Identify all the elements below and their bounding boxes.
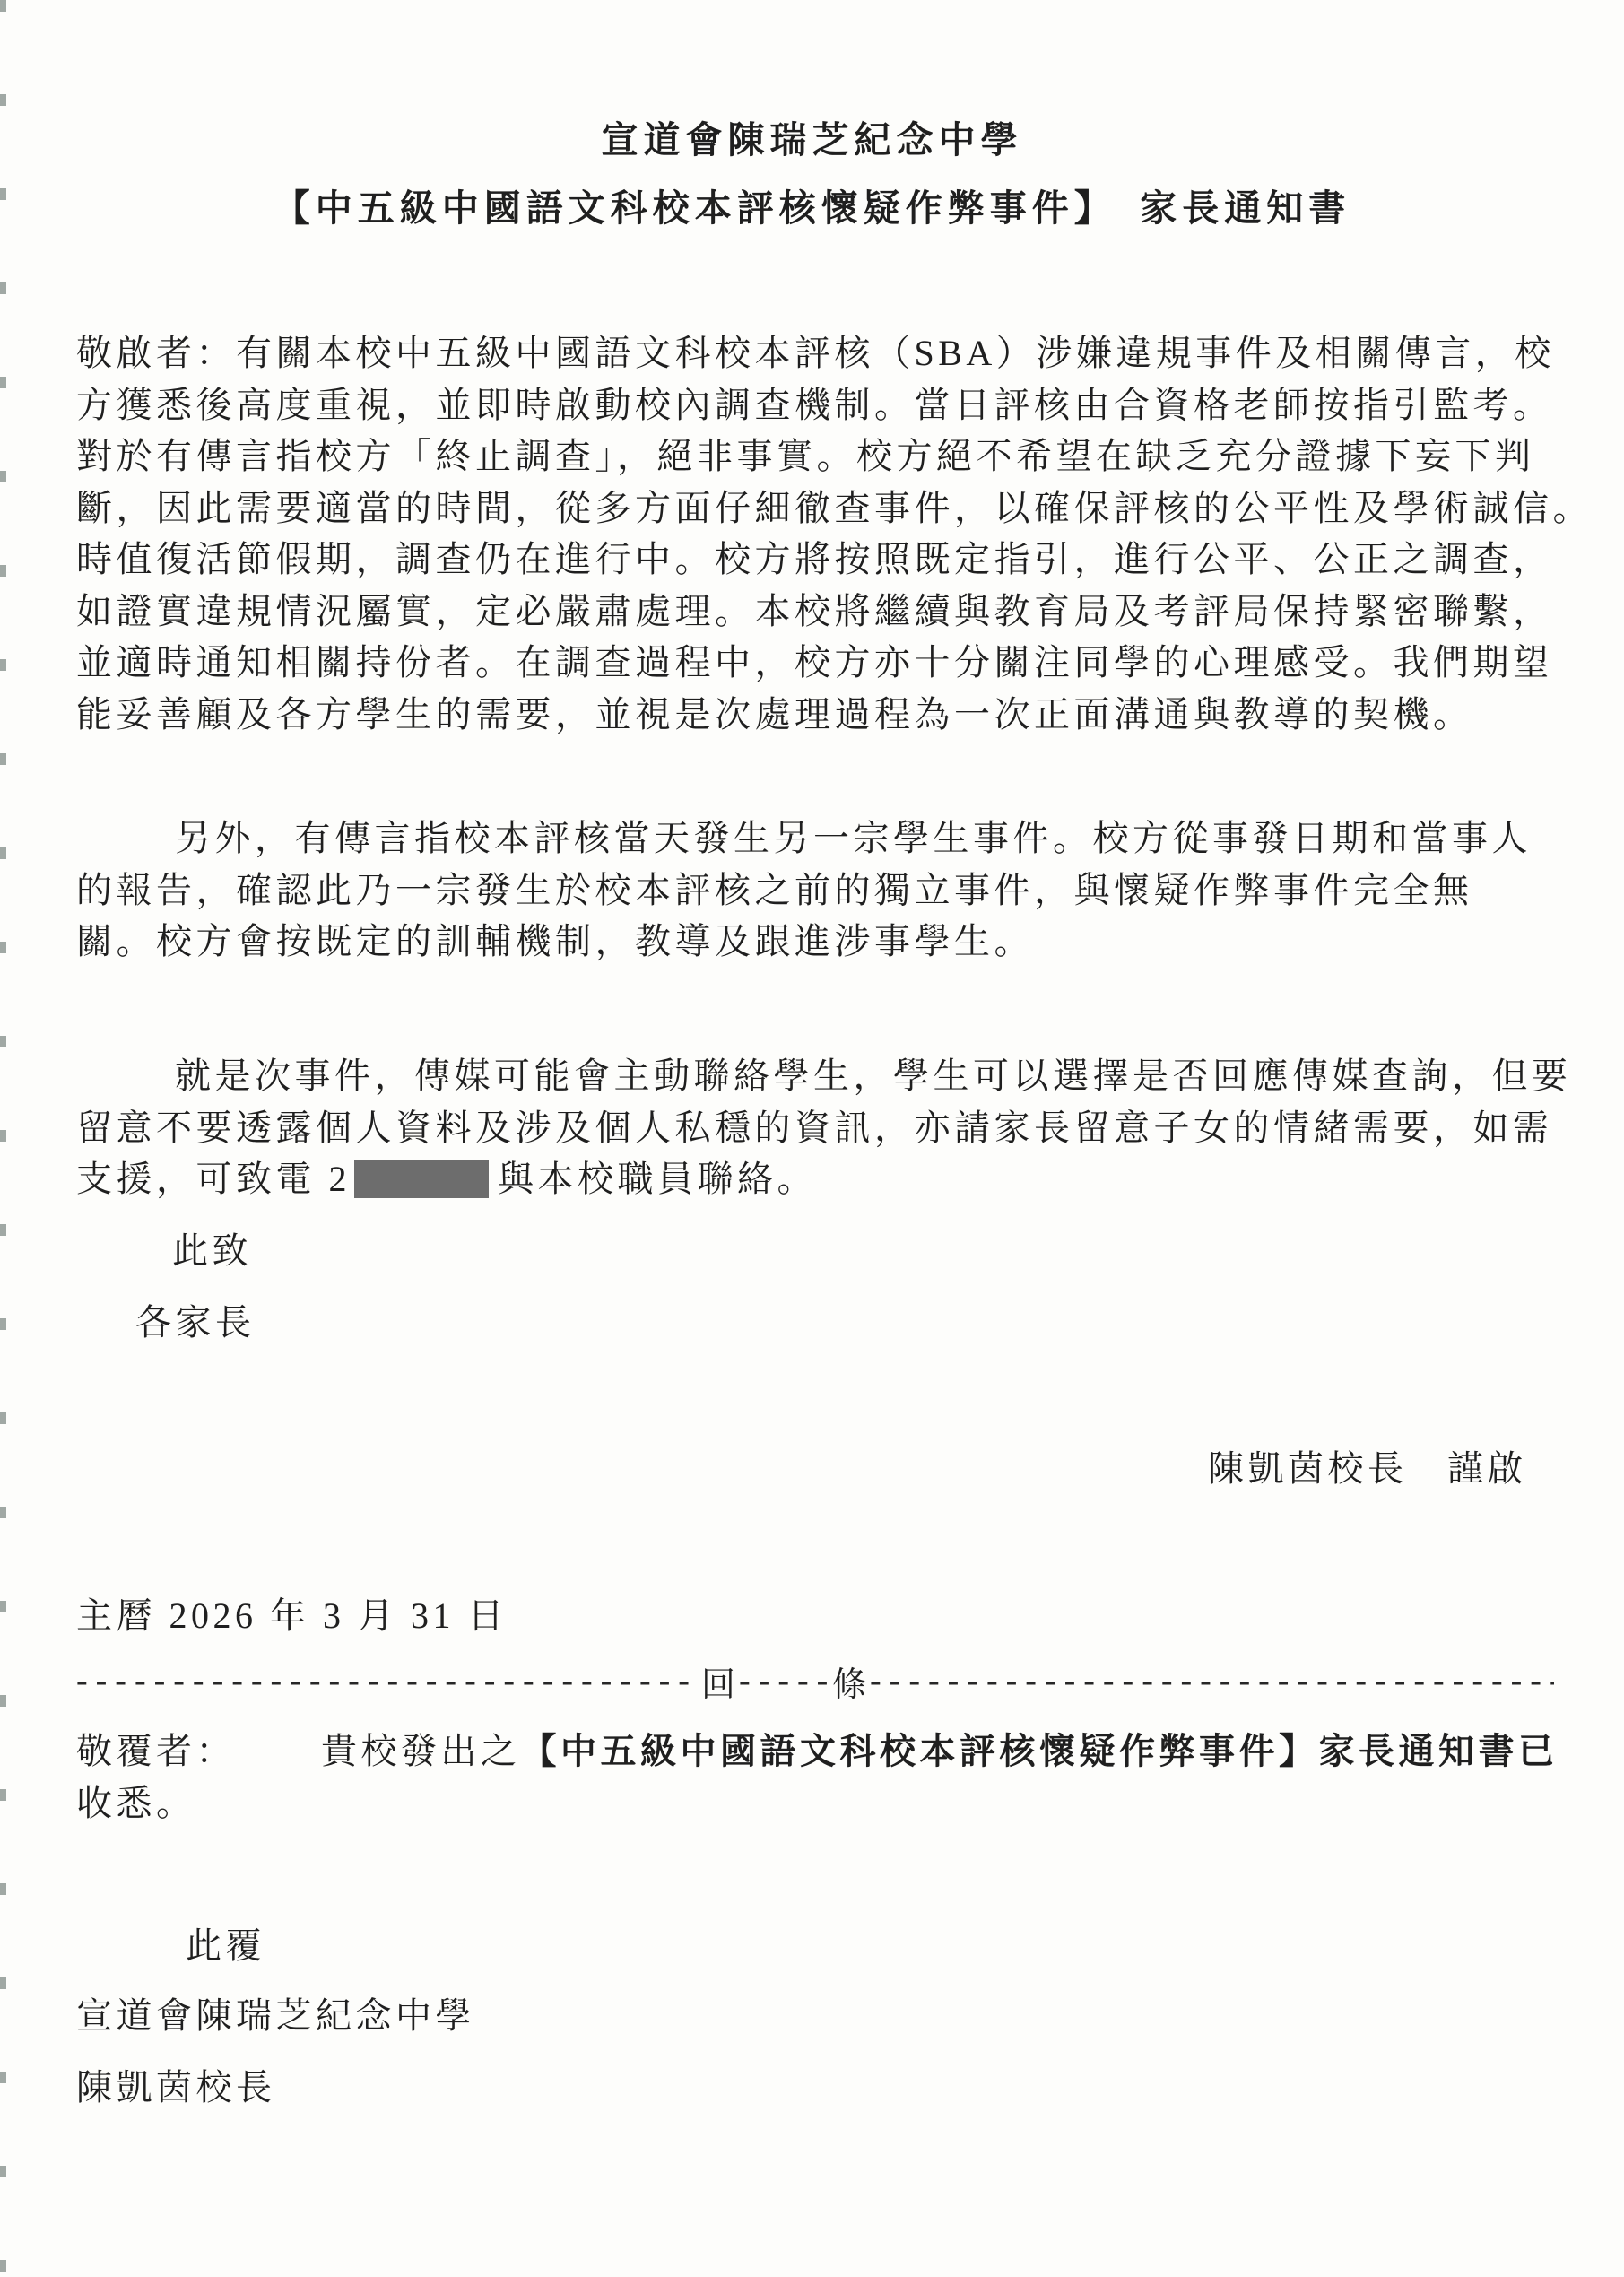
reply-pre-text: 貴校發出之 [321, 1731, 521, 1771]
paragraph-investigation: 敬啟者：有關本校中五級中國語文科校本評核（SBA）涉嫌違規事件及相關傳言，校 方… [76, 327, 1583, 740]
body-line: 時值復活節假期，調查仍在進行中。校方將按照既定指引，進行公平、公正之調查， [76, 534, 1583, 586]
reply-school-name: 宣道會陳瑞芝紀念中學 [76, 1990, 475, 2042]
redacted-phone-number [354, 1160, 489, 1198]
cutline-dashes-mid: ----- [739, 1661, 829, 1700]
letter-title-heading: 【中五級中國語文科校本評核懷疑作弊事件】 家長通知書 [0, 178, 1624, 231]
phone-line: 支援，可致電 2與本校職員聯絡。 [76, 1153, 1583, 1205]
reply-slip-acknowledgement: 敬覆者：貴校發出之【中五級中國語文科校本評核懷疑作弊事件】家長通知書已 收悉。 [76, 1725, 1583, 1829]
closing-cizhi: 此致 [172, 1225, 252, 1277]
paragraph-separate-incident: 另外，有傳言指校本評核當天發生另一宗學生事件。校方從事發日期和當事人 的報告，確… [76, 813, 1583, 968]
reply-line-1: 敬覆者：貴校發出之【中五級中國語文科校本評核懷疑作弊事件】家長通知書已 [76, 1725, 1583, 1777]
reply-closing-cifu: 此覆 [186, 1920, 265, 1972]
body-line: 如證實違規情況屬實，定必嚴肅處理。本校將繼續與教育局及考評局保持緊密聯繫， [76, 586, 1583, 638]
cutline-label-hui: 回 [698, 1656, 739, 1706]
school-name-heading: 宣道會陳瑞芝紀念中學 [0, 110, 1624, 163]
letter-date: 主曆 2026 年 3 月 31 日 [76, 1590, 508, 1642]
body-line: 對於有傳言指校方「終止調查」，絕非事實。校方絕不希望在缺乏充分證據下妄下判 [76, 430, 1583, 482]
reply-principal-name: 陳凱茵校長 [76, 2062, 276, 2114]
phone-line-after: 與本校職員聯絡。 [498, 1159, 817, 1199]
body-line: 斷，因此需要適當的時間，從多方面仔細徹查事件，以確保評核的公平性及學術誠信。 [76, 482, 1583, 534]
scanned-letter-page: 宣道會陳瑞芝紀念中學 【中五級中國語文科校本評核懷疑作弊事件】 家長通知書 敬啟… [0, 0, 1624, 2277]
body-line: 就是次事件，傳媒可能會主動聯絡學生，學生可以選擇是否回應傳媒查詢，但要 [76, 1050, 1583, 1102]
body-line: 敬啟者：有關本校中五級中國語文科校本評核（SBA）涉嫌違規事件及相關傳言，校 [76, 327, 1583, 379]
reply-bold-title: 【中五級中國語文科校本評核懷疑作弊事件】家長通知書已 [521, 1731, 1559, 1771]
reply-slip-cutline: ----------------------------------------… [76, 1655, 1554, 1707]
body-line: 留意不要透露個人資料及涉及個人私穩的資訊，亦請家長留意子女的情緒需要，如需 [76, 1102, 1583, 1154]
body-line: 方獲悉後高度重視，並即時啟動校內調查機制。當日評核由合資格老師按指引監考。 [76, 379, 1583, 431]
body-line: 能妥善顧及各方學生的需要，並視是次處理過程為一次正面溝通與教導的契機。 [76, 689, 1583, 741]
paragraph-media-advice: 就是次事件，傳媒可能會主動聯絡學生，學生可以選擇是否回應傳媒查詢，但要 留意不要… [76, 1050, 1583, 1205]
reply-line-2: 收悉。 [76, 1777, 1583, 1829]
body-line: 關。校方會按既定的訓輔機制，教導及跟進涉事學生。 [76, 916, 1583, 968]
cutline-label-tiao: 條 [829, 1656, 870, 1706]
body-line: 的報告，確認此乃一宗發生於校本評核之前的獨立事件，與懷疑作弊事件完全無 [76, 865, 1583, 917]
scan-edge-artifacts [0, 0, 6, 2277]
body-line: 並適時通知相關持份者。在調查過程中，校方亦十分關注同學的心理感受。我們期望 [76, 637, 1583, 689]
reply-salutation: 敬覆者： [76, 1731, 236, 1771]
phone-line-before: 支援，可致電 2 [76, 1159, 351, 1199]
cutline-dashes-left: ----------------------------------------… [76, 1661, 698, 1700]
cutline-dashes-right: ----------------------------------------… [870, 1661, 1554, 1700]
recipient-parents: 各家長 [135, 1297, 256, 1349]
principal-signature: 陳凱茵校長 謹啟 [1208, 1443, 1527, 1495]
body-line: 另外，有傳言指校本評核當天發生另一宗學生事件。校方從事發日期和當事人 [76, 813, 1583, 865]
